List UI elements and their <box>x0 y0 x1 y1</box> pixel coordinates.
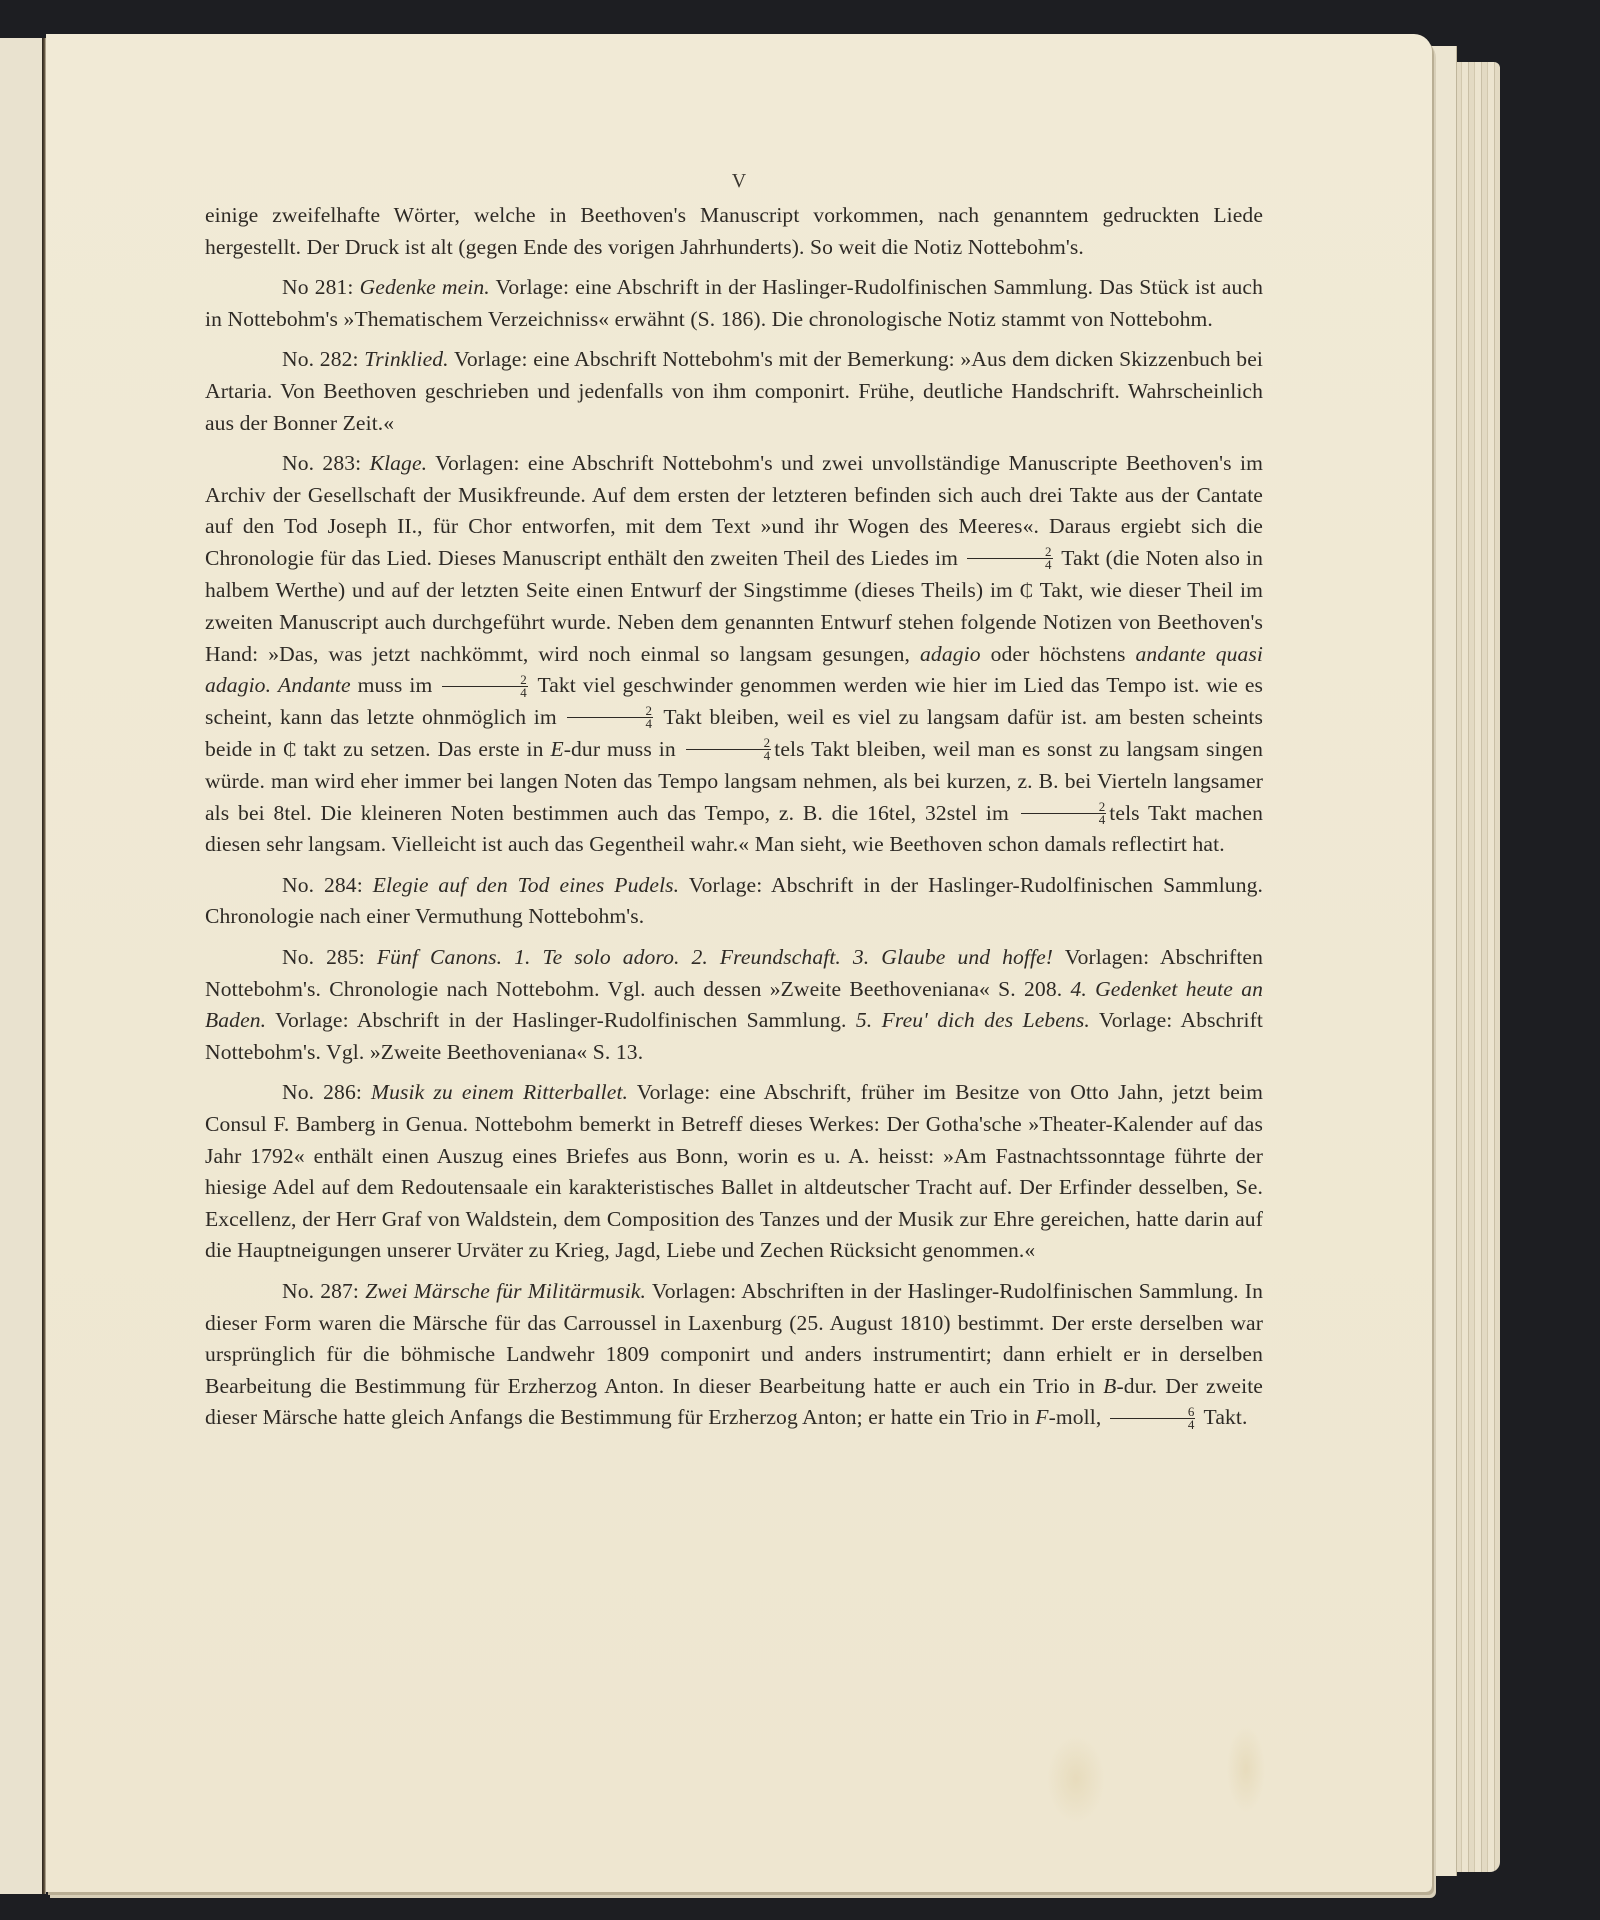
left-page-edge <box>0 38 42 1894</box>
time-signature-fraction: 24 <box>567 705 653 730</box>
entry-no-282: No. 282: Trinklied. Vorlage: eine Abschr… <box>205 344 1263 439</box>
paper-stain <box>1226 1724 1266 1814</box>
italic-title: 4. Gedenket heute an Baden. <box>205 977 1263 1033</box>
italic-title: adagio <box>920 642 981 666</box>
paragraph-continuation: einige zweifelhafte Wörter, welche in Be… <box>205 200 1263 263</box>
italic-title: Andante <box>278 673 351 697</box>
italic-title: F <box>1035 1405 1048 1429</box>
entry-no-287: No. 287: Zwei Märsche für Militärmusik. … <box>205 1276 1263 1434</box>
entry-no-285: No. 285: Fünf Canons. 1. Te solo adoro. … <box>205 942 1263 1068</box>
italic-title: 5. Freu' dich des Lebens. <box>856 1008 1090 1032</box>
time-signature-fraction: 24 <box>1021 801 1107 826</box>
italic-title: B <box>1103 1374 1116 1398</box>
entry-no-284: No. 284: Elegie auf den Tod eines Pudels… <box>205 870 1263 933</box>
paper-stain <box>1046 1734 1106 1824</box>
body-text: einige zweifelhafte Wörter, welche in Be… <box>205 200 1263 1443</box>
time-signature-fraction: 64 <box>1110 1406 1196 1431</box>
italic-title: Zwei Märsche für Militärmusik. <box>365 1279 646 1303</box>
italic-title: Gedenke mein. <box>360 275 490 299</box>
entry-no-286: No. 286: Musik zu einem Ritterballet. Vo… <box>205 1077 1263 1267</box>
italic-title: Klage. <box>370 451 428 475</box>
italic-title: Musik zu einem Ritterballet. <box>371 1080 628 1104</box>
cut-time-symbol-icon: ₵ <box>1020 580 1033 602</box>
cut-time-symbol-icon: ₵ <box>283 739 296 761</box>
italic-title: Trinklied. <box>364 347 448 371</box>
time-signature-fraction: 24 <box>442 674 528 699</box>
entry-no-281: No 281: Gedenke mein. Vorlage: eine Absc… <box>205 272 1263 335</box>
italic-title: Fünf Canons. 1. Te solo adoro. 2. Freund… <box>377 945 1053 969</box>
time-signature-fraction: 24 <box>686 737 772 762</box>
italic-title: Elegie auf den Tod eines Pudels. <box>373 873 679 897</box>
italic-title: andante quasi adagio. <box>205 642 1263 698</box>
italic-title: E <box>550 737 563 761</box>
time-signature-fraction: 24 <box>967 546 1053 571</box>
book-page: V einige zweifelhafte Wörter, welche in … <box>46 34 1432 1892</box>
page-number: V <box>46 170 1432 193</box>
entry-no-283: No. 283: Klage. Vorlagen: eine Abschrift… <box>205 448 1263 861</box>
page-stack-edge-inner <box>1430 46 1457 1876</box>
